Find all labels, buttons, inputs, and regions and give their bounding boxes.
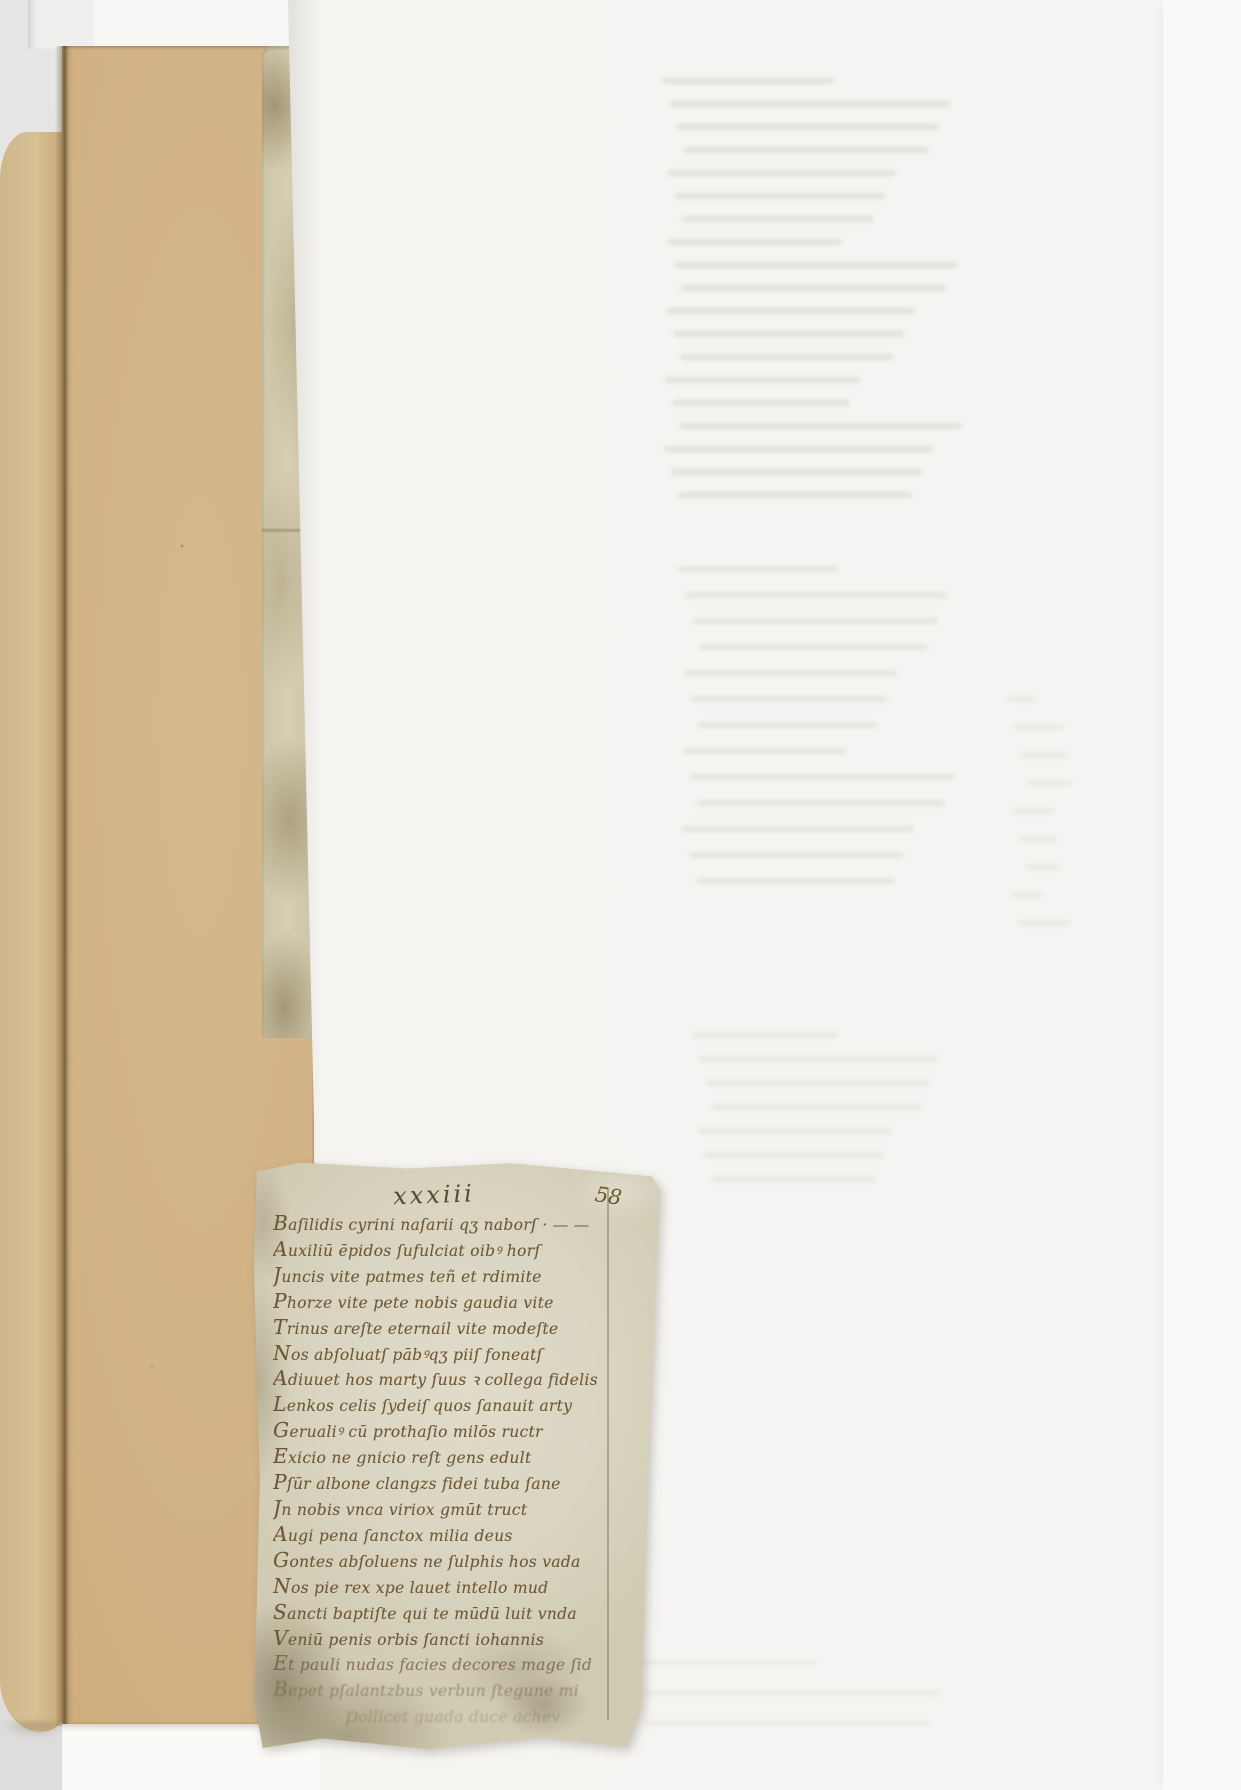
bleedthrough-line — [712, 1176, 876, 1182]
manuscript-line: Baſilidis cyrini naſarii qʒ naborſ · — — — [273, 1212, 645, 1238]
bleedthrough-line — [692, 1032, 838, 1038]
bleedthrough-line — [681, 285, 947, 291]
bleedthrough-line — [682, 216, 874, 222]
manuscript-line: Pſūr albone clangzs fidei tuba ſane — [273, 1471, 645, 1497]
bleedthrough-line — [669, 101, 950, 107]
bleedthrough-text-block — [1006, 696, 1060, 948]
manuscript-line: Lenkos celis ſydeiſ quos ſanauit arty — [273, 1393, 645, 1419]
manuscript-line: Et pauli nudas facies decores mage ſid — [273, 1652, 645, 1678]
bleedthrough-line — [684, 670, 897, 676]
bleedthrough-text-block — [630, 1660, 950, 1750]
bleedthrough-line — [672, 400, 850, 406]
manuscript-line: Exicio ne gnicio reſt gens edult — [273, 1445, 645, 1471]
bleedthrough-line — [697, 800, 945, 806]
manuscript-line: Sancti baptiſte qui te mūdū luit vnda — [273, 1601, 645, 1627]
bleedthrough-text-block — [662, 78, 958, 515]
bleedthrough-text-block — [692, 1032, 944, 1200]
book-gutter-shadow — [55, 46, 73, 1726]
manuscript-fragment: xxxiii 58 Baſilidis cyrini naſarii qʒ na… — [252, 1156, 662, 1754]
bleedthrough-line — [1026, 864, 1061, 870]
bleedthrough-line — [674, 262, 958, 268]
manuscript-line: Trinus areſte eternail vite modeſte — [273, 1316, 645, 1342]
bleedthrough-line — [675, 193, 885, 199]
bleedthrough-line — [637, 1690, 941, 1696]
manuscript-line: Veniū penis orbis ſancti iohannis — [273, 1627, 645, 1653]
bleedthrough-line — [698, 722, 877, 728]
bleedthrough-line — [1027, 780, 1072, 786]
bleedthrough-line — [644, 1720, 929, 1726]
parchment-surface: xxxiii 58 Baſilidis cyrini naſarii qʒ na… — [252, 1156, 662, 1754]
bleedthrough-line — [1019, 836, 1057, 842]
white-sheet-top — [94, 0, 292, 52]
bleedthrough-line — [696, 878, 895, 884]
bleedthrough-line — [1012, 808, 1054, 814]
manuscript-line: Juncis vite patmes teñ et rdimite — [273, 1264, 645, 1290]
bleedthrough-line — [691, 696, 887, 702]
bleedthrough-line — [662, 78, 834, 84]
bleedthrough-line — [1006, 696, 1037, 702]
bleedthrough-line — [698, 1128, 892, 1134]
bleedthrough-line — [671, 469, 923, 475]
bleedthrough-line — [705, 1152, 884, 1158]
bleedthrough-line — [682, 826, 914, 832]
folio-number: 58 — [593, 1182, 623, 1210]
bleedthrough-line — [679, 423, 962, 429]
bleedthrough-line — [699, 1056, 938, 1062]
bleedthrough-line — [666, 308, 915, 314]
bleedthrough-line — [1018, 920, 1070, 926]
manuscript-line: Adiuuet hos marty ſuus ꝛ collega fidelis — [273, 1367, 645, 1393]
manuscript-photo: xxxiii 58 Baſilidis cyrini naſarii qʒ na… — [0, 0, 1241, 1790]
bleedthrough-line — [680, 354, 893, 360]
bleedthrough-line — [673, 331, 904, 337]
manuscript-line: Nos abſoluatſ pābꝰqʒ piiſ foneatſ — [273, 1342, 645, 1368]
bleedthrough-line — [706, 1080, 930, 1086]
bleedthrough-line — [1011, 892, 1043, 898]
manuscript-line: pollicet guada duce achev — [273, 1704, 645, 1730]
manuscript-line: Jn nobis vnca viriox gmūt truct — [273, 1497, 645, 1523]
manuscript-line: Auxiliū ēpidos ſufulciat oibꝰ horſ — [273, 1238, 645, 1264]
manuscript-line: Nos pie rex xpe lauet intello mud — [273, 1575, 645, 1601]
bleedthrough-line — [667, 239, 842, 245]
bleedthrough-line — [683, 147, 929, 153]
bleedthrough-line — [1020, 752, 1068, 758]
bleedthrough-line — [678, 566, 838, 572]
bleedthrough-line — [692, 618, 938, 624]
bleedthrough-line — [676, 124, 939, 130]
bleedthrough-line — [713, 1104, 922, 1110]
bleedthrough-line — [685, 592, 947, 598]
bleedthrough-text-block — [678, 566, 954, 904]
manuscript-line: Bepet pſalantzbus verbun ſtegune mi — [273, 1678, 645, 1704]
bleedthrough-line — [678, 492, 912, 498]
manuscript-line: Gerualiꝰ cū prothaſio milōs ructr — [273, 1419, 645, 1445]
manuscript-line: Augi pena ſanctox milia deus — [273, 1523, 645, 1549]
text-block: Baſilidis cyrini naſarii qʒ naborſ · — —… — [273, 1212, 645, 1730]
bleedthrough-line — [699, 644, 928, 650]
bleedthrough-line — [668, 170, 896, 176]
manuscript-line: Phorze vite pete nobis gaudia vite — [273, 1290, 645, 1316]
bleedthrough-line — [664, 446, 933, 452]
manuscript-line: Gontes abſoluens ne ſulphis hos vada — [273, 1549, 645, 1575]
bleedthrough-line — [690, 774, 955, 780]
bleedthrough-line — [683, 748, 846, 754]
white-sheet-top-left — [28, 0, 96, 49]
underlying-page-edge — [1163, 0, 1241, 1790]
bleedthrough-line — [689, 852, 904, 858]
bleedthrough-line — [1013, 724, 1064, 730]
bleedthrough-line — [665, 377, 860, 383]
